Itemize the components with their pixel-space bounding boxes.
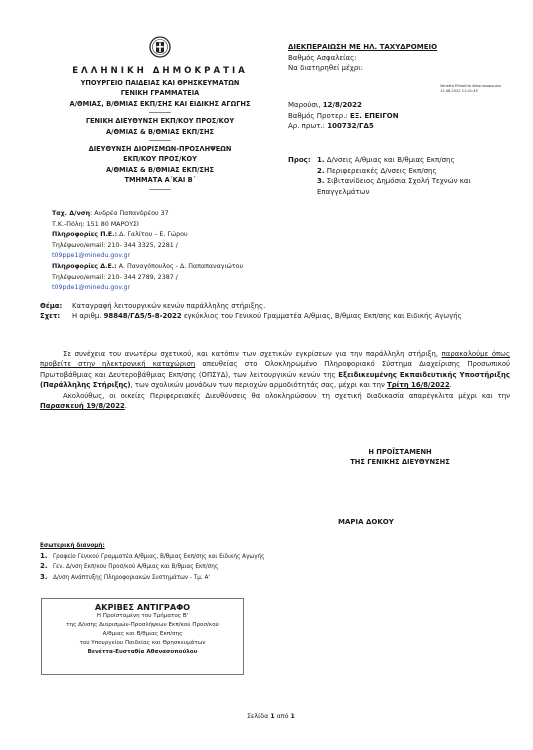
general-directorate-line-1: ΓΕΝΙΚΗ ΔΙΕΥΘΥΝΣΗ ΕΚΠ/ΚΟΥ ΠΡΟΣ/ΚΟΥ (40, 116, 280, 126)
secretariat-line-1: ΓΕΝΙΚΗ ΓΡΑΜΜΑΤΕΙΑ (40, 88, 280, 98)
subject-block: Θέμα: Καταγραφή λειτουργικών κενών παράλ… (40, 301, 512, 322)
place: Μαρούσι, (288, 101, 323, 109)
directorate-line-1: ΔΙΕΥΘΥΝΣΗ ΔΙΟΡΙΣΜΩΝ-ΠΡΟΣΛΗΨΕΩΝ (40, 144, 280, 154)
distribution-item: 1.Γραφείο Γενικού Γραμματέα Α/θμιας, Β/θ… (40, 552, 360, 563)
greek-coat-of-arms-icon (149, 36, 171, 58)
phone-de: Τηλέφωνο/email: 210- 344 2789, 2387 / (52, 273, 302, 284)
paragraph-1: Σε συνέχεια του ανωτέρω σχετικού, και κα… (40, 349, 510, 391)
signature-time: 12.08.2022 11:41:45 (440, 89, 501, 94)
recipient-item: 2. Περιφερειακές Δ/νσεις Εκπ/σης (317, 166, 517, 177)
recipient-item: 1. Δ/νσεις Α/θμιας και Β/θμιας Εκπ/σης (317, 155, 517, 166)
directorate-line-2: ΕΚΠ/ΚΟΥ ΠΡΟΣ/ΚΟΥ (40, 154, 280, 164)
distribution-item: 2.Γεν. Δ/νση Εκπ/κου Προσ/κού Α/θμιας κα… (40, 562, 360, 573)
info-pe: Δ. Γαλίτου – Ε. Γώρου (117, 231, 188, 238)
divider (149, 189, 171, 190)
distribution-item: 3.Δ/νση Ανάπτυξης Πληροφοριακών Συστημάτ… (40, 573, 360, 584)
subject-text: Καταγραφή λειτουργικών κενών παράλληλης … (72, 301, 512, 311)
security-level: Βαθμός Ασφαλείας: (288, 53, 528, 64)
info-de: Α. Παναγόπουλος - Δ. Παπαπαναγιώτου (117, 263, 243, 270)
protocol-label: Αρ. πρωτ.: (288, 122, 327, 130)
republic-title: ΕΛΛΗΝΙΚΗ ΔΗΜΟΚΡΑΤΙΑ (40, 66, 280, 76)
general-directorate-line-2: Α/ΘΜΙΑΣ & Β/ΘΜΙΑΣ ΕΚΠ/ΣΗΣ (40, 127, 280, 137)
letter-body: Σε συνέχεια του ανωτέρω σχετικού, και κα… (40, 349, 510, 411)
directorate-line-4: ΤΜΗΜΑΤΑ Α΄ΚΑΙ Β΄ (40, 175, 280, 185)
page-number: Σελίδα 1 από 1 (247, 713, 295, 720)
deadline-date-1: Τρίτη 16/8/2022 (387, 381, 450, 389)
certified-copy-box: ΑΚΡΙΒΕΣ ΑΝΤΙΓΡΑΦΟ Η Προϊσταμένη του Τμήμ… (41, 598, 244, 675)
signatory-name: ΜΑΡΙΑ ΔΟΚΟΥ (338, 518, 394, 526)
email-pe-link[interactable]: t09ppe1@minedu.gov.gr (52, 251, 302, 262)
address: : Ανδρέα Παπανδρέου 37 (90, 210, 168, 217)
digital-signature: Venetta Efstathia Athanasopoulou 12.08.2… (440, 84, 501, 94)
city: Τ.Κ.-Πόλη: 151 80 ΜΑΡΟΥΣΙ (52, 220, 302, 231)
paragraph-2: Ακολούθως, οι οικείες Περιφερειακές Διευ… (40, 391, 510, 412)
certified-copy-title: ΑΚΡΙΒΕΣ ΑΝΤΙΓΡΑΦΟ (42, 602, 243, 612)
internal-distribution: Εσωτερική διανομή: 1.Γραφείο Γενικού Γρα… (40, 542, 360, 583)
info-pe-label: Πληροφορίες Π.Ε.: (52, 231, 117, 238)
email-de-link[interactable]: t09pde1@minedu.gov.gr (52, 283, 302, 294)
priority: ΕΞ. ΕΠΕΙΓΟΝ (350, 112, 399, 120)
priority-label: Βαθμός Προτερ.: (288, 112, 350, 120)
subject-label: Θέμα: (40, 301, 72, 311)
secretariat-line-2: Α/ΘΜΙΑΣ, Β/ΘΜΙΑΣ ΕΚΠ/ΣΗΣ ΚΑΙ ΕΙΔΙΚΗΣ ΑΓΩ… (40, 99, 280, 109)
date: 12/8/2022 (323, 101, 362, 109)
reference-label: Σχετ: (40, 311, 72, 321)
directorate-line-3: Α/ΘΜΙΑΣ & Β/ΘΜΙΑΣ ΕΚΠ/ΣΗΣ (40, 165, 280, 175)
ministry-name: ΥΠΟΥΡΓΕΙΟ ΠΑΙΔΕΙΑΣ ΚΑΙ ΘΡΗΣΚΕΥΜΑΤΩΝ (40, 78, 280, 88)
retain-until: Να διατηρηθεί μέχρι: (288, 63, 528, 74)
signatory-title: Η ΠΡΟΪΣΤΑΜΕΝΗ ΤΗΣ ΓΕΝΙΚΗΣ ΔΙΕΥΘΥΝΣΗΣ (320, 447, 480, 467)
recipients-label: Προς: (288, 155, 311, 166)
delivery-method: ΔΙΕΚΠΕΡΑΙΩΣΗ ΜΕ ΗΛ. ΤΑΧΥΔΡΟΜΕΙΟ (288, 42, 528, 53)
address-label: Ταχ. Δ/νση (52, 210, 90, 217)
certifier-name: Βενέττα-Ευσταθία Αθανασοπούλου (42, 648, 243, 657)
reference-text: Η αριθμ. 98848/ΓΔ5/5-8-2022 εγκύκλιος το… (72, 311, 512, 321)
protocol-number: 100732/ΓΔ5 (327, 122, 374, 130)
recipient-item: 3. Σιβιτανίδειος Δημόσια Σχολή Τεχνών κα… (317, 176, 477, 197)
divider (149, 112, 171, 113)
letterhead: ΕΛΛΗΝΙΚΗ ΔΗΜΟΚΡΑΤΙΑ ΥΠΟΥΡΓΕΙΟ ΠΑΙΔΕΙΑΣ Κ… (40, 36, 280, 193)
info-de-label: Πληροφορίες Δ.Ε.: (52, 263, 117, 270)
distribution-title: Εσωτερική διανομή: (40, 542, 360, 552)
phone-pe: Τηλέφωνο/email: 210- 344 3325, 2281 / (52, 241, 302, 252)
divider (149, 140, 171, 141)
deadline-date-2: Παρασκευή 19/8/2022 (40, 402, 125, 410)
document-meta: Μαρούσι, 12/8/2022 Βαθμός Προτερ.: ΕΞ. Ε… (288, 100, 399, 132)
contact-block: Ταχ. Δ/νση: Ανδρέα Παπανδρέου 37 Τ.Κ.-Πό… (52, 209, 302, 294)
delivery-block: ΔΙΕΚΠΕΡΑΙΩΣΗ ΜΕ ΗΛ. ΤΑΧΥΔΡΟΜΕΙΟ Βαθμός Α… (288, 42, 528, 74)
